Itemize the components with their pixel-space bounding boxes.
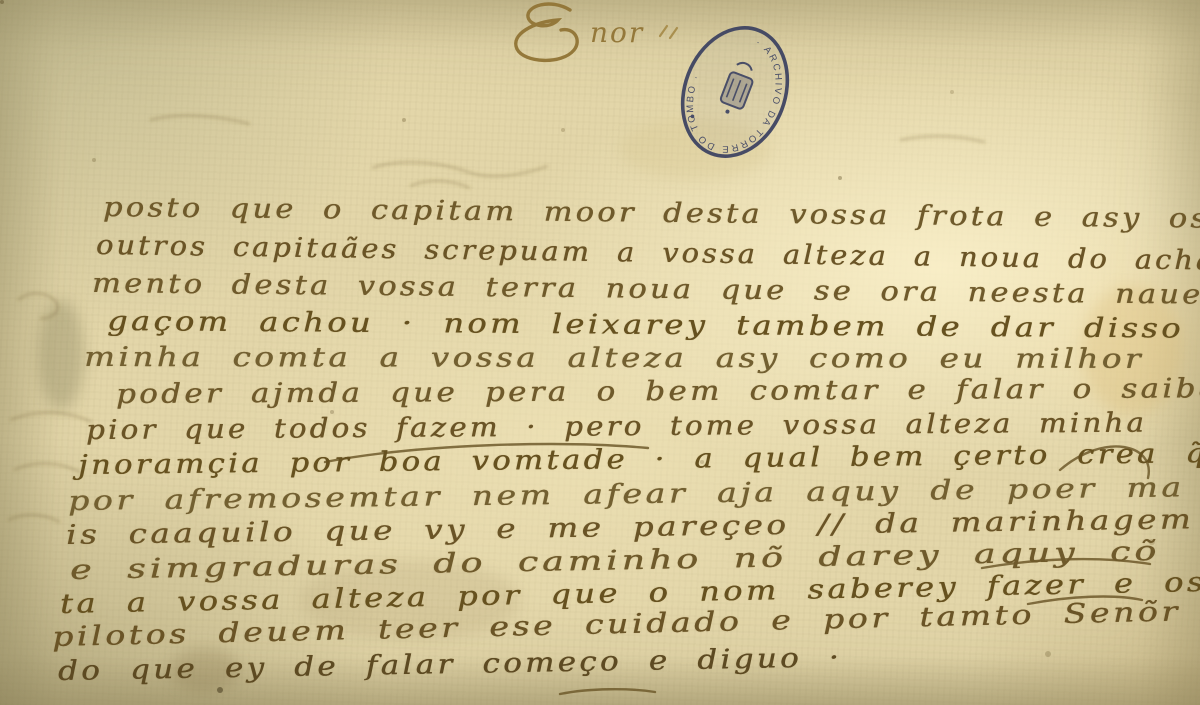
manuscript-line-5: minha comta a vossa alteza asy como eu m… [84,342,1144,375]
archive-stamp: · ARCHIVO DA TORRE DO TOMBO · [668,12,808,178]
salutation-text: nor [590,16,644,49]
stain-top-center [620,118,770,180]
manuscript-line-12: ta a vossa alteza por que o nom saberey … [60,567,1200,620]
foxing-specks [0,0,4,4]
stain-center [300,560,520,640]
manuscript-line-8: jnoramçia por boa vomtade · a qual bem ç… [78,438,1200,481]
stamp-emblem [690,52,758,134]
salutation-flourish: nor [498,0,698,66]
manuscript-line-7: pior que todos fazem · pero tome vossa a… [86,408,1147,446]
pen-flourishes [325,444,1150,694]
manuscript-line-10: is caaquilo que vy e me pareçeo // da ma… [66,504,1195,551]
ink-smudge-left-margin [38,300,84,410]
manuscript-line-1: posto que o capitam moor desta vossa fro… [103,192,1200,235]
stamp-border [668,12,805,171]
manuscript-line-6: poder ajmda que pera o bem comtar e fala… [116,373,1200,410]
flourish-s-letter [516,4,577,60]
manuscript-line-14: do que ey de falar começo e diguo · [58,642,843,687]
stamp-rim-text: · ARCHIVO DA TORRE DO TOMBO · [668,19,800,169]
page-vignette [0,0,1200,705]
stain-right-edge [1082,285,1182,415]
manuscript-line-2: outros capitaães screpuam a vossa alteza… [96,230,1200,277]
svg-text:· ARCHIVO DA TORRE DO TOMBO ·: · ARCHIVO DA TORRE DO TOMBO · [668,19,800,169]
salutation-tick-marks [660,26,677,38]
manuscript-line-13: pilotos deuem teer ese cuidado e por tam… [52,596,1181,653]
bleed-through-marks [8,116,985,522]
stain-bottom-left [170,648,240,692]
manuscript-page: nor · ARCHIVO DA TORRE DO TOMBO · posto … [0,0,1200,705]
manuscript-line-11: e simgraduras do caminho nõ darey aquy c… [70,536,1161,586]
manuscript-line-9: por afremosemtar nem afear aja aquy de p… [68,472,1185,517]
manuscript-line-3: mento desta vossa terra noua que se ora … [92,268,1200,311]
manuscript-line-4: gaçom achou · nom leixarey tambem de dar… [107,306,1184,345]
flourish-strokes-overlay [0,0,1200,705]
